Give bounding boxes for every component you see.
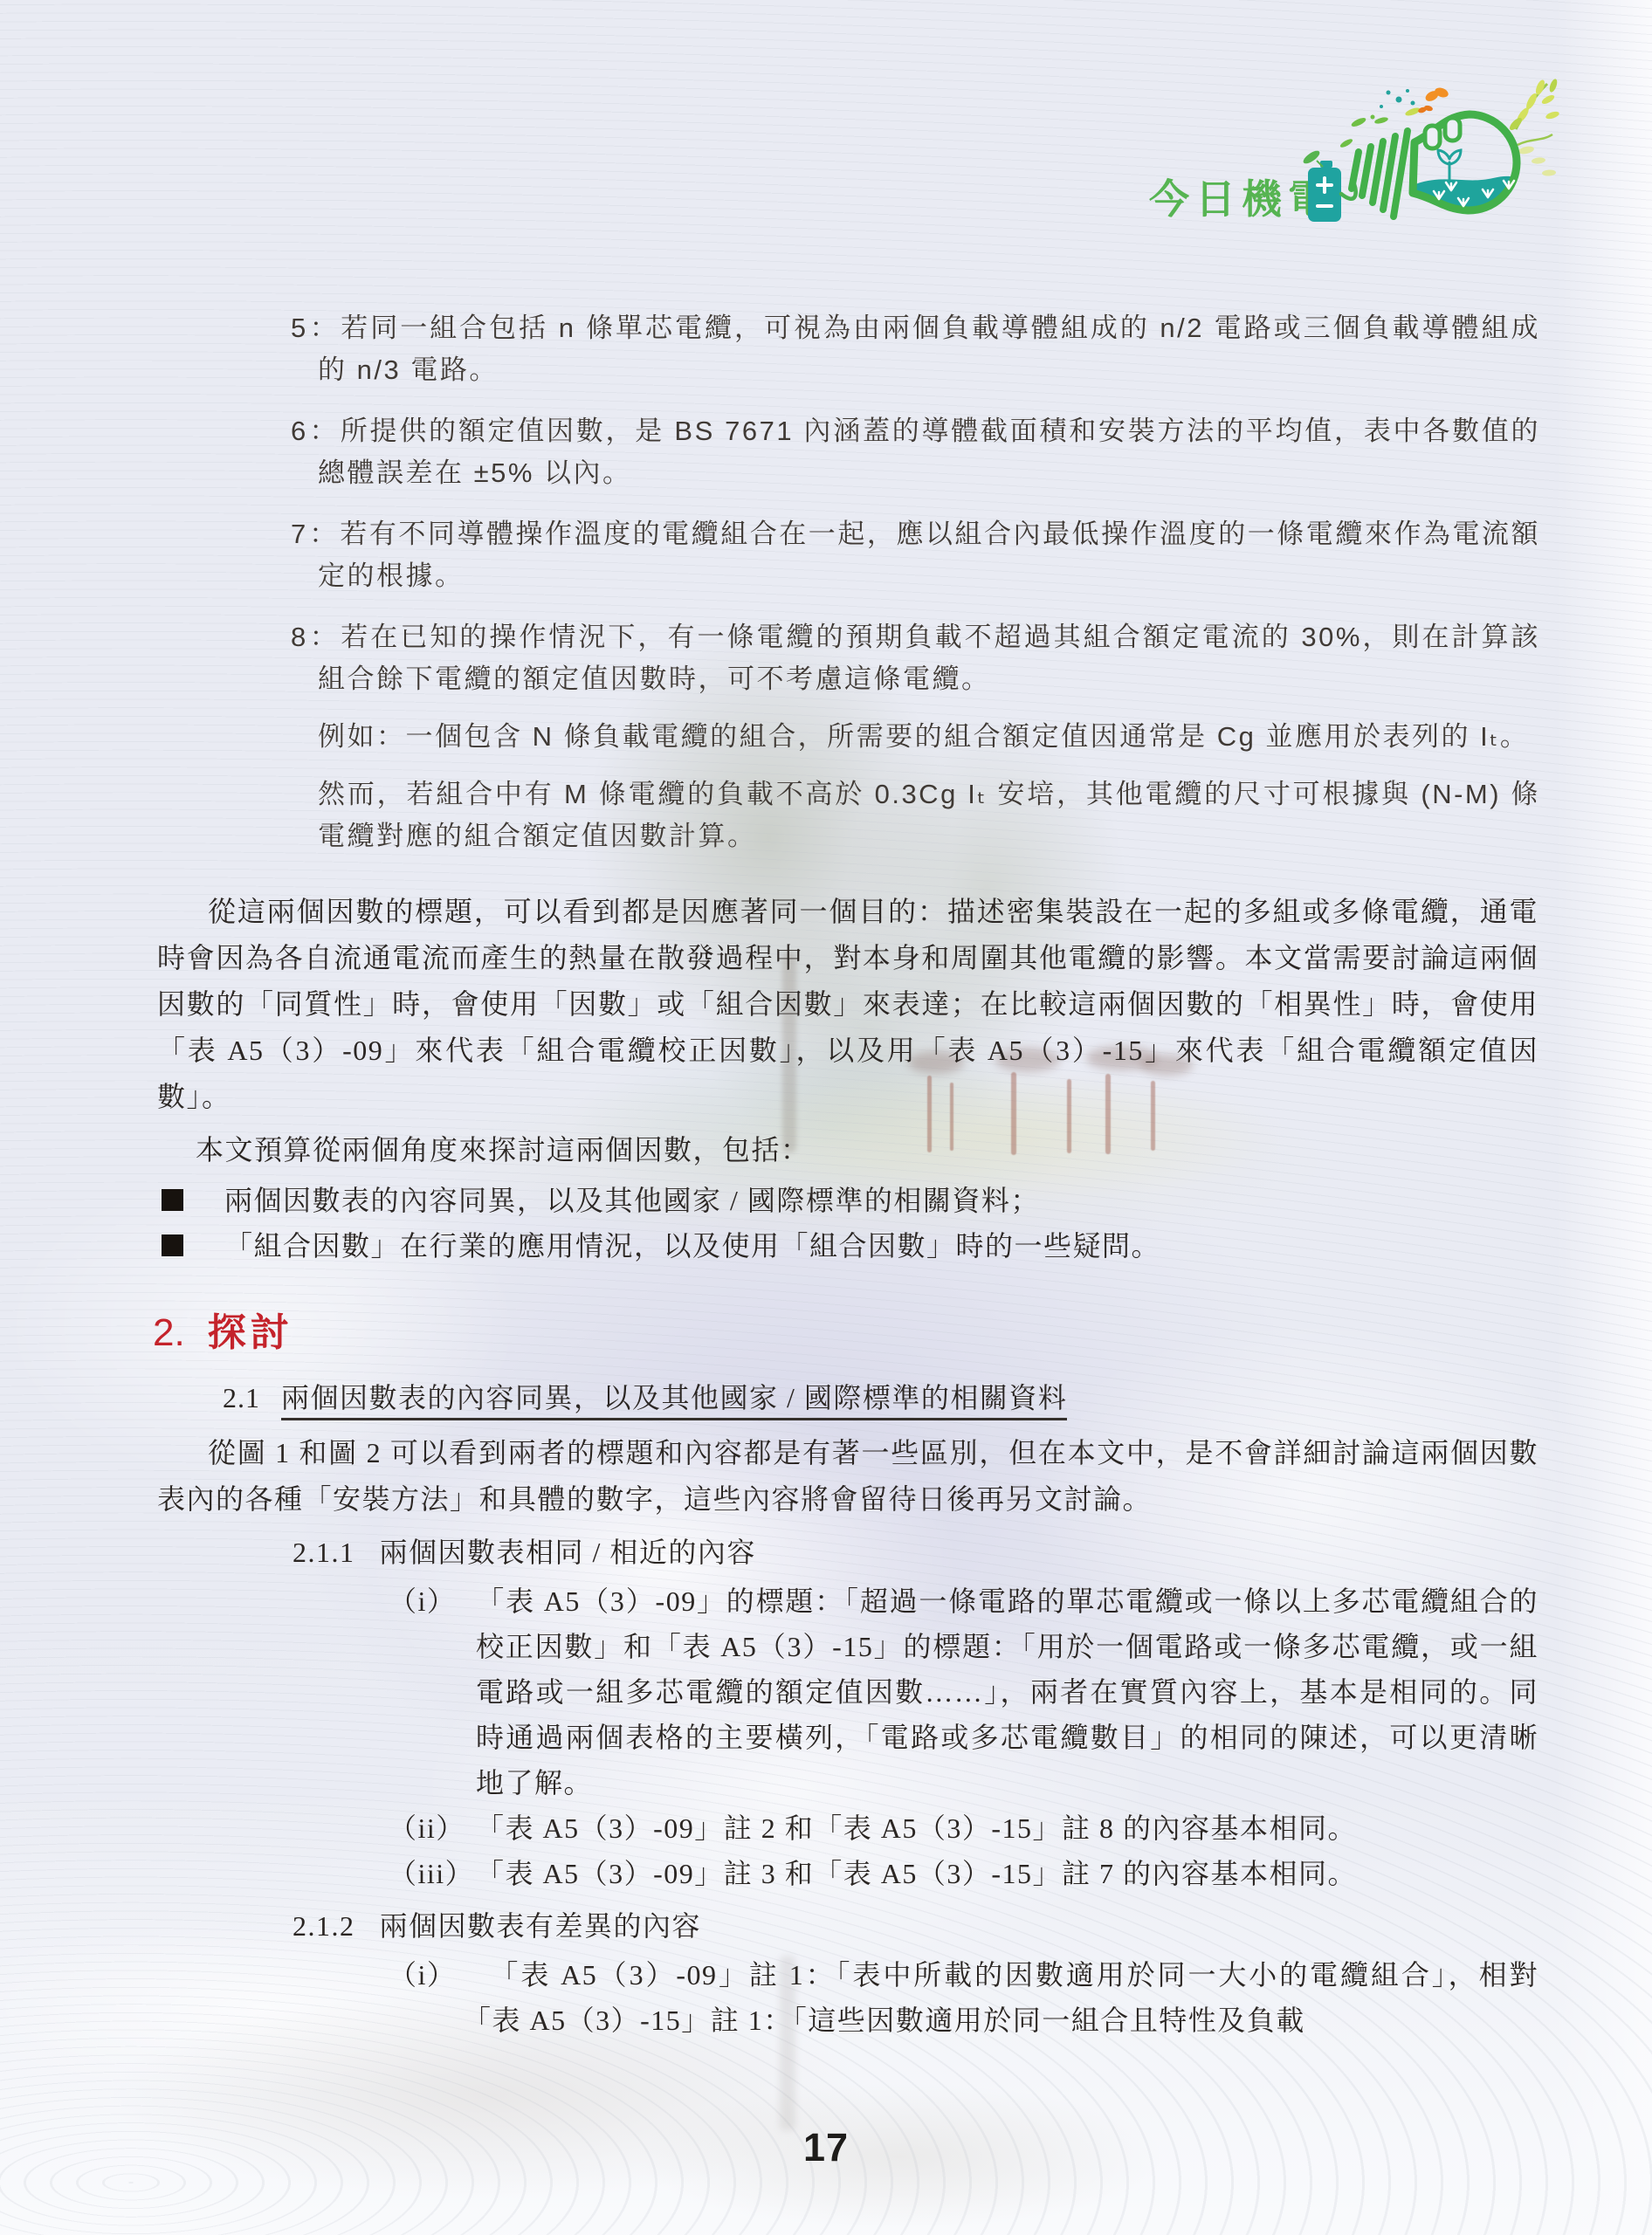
roman-list-2-1-1: （i）「表 A5（3）-09」的標題：「超過一條電路的單芯電纜或一條以上多芯電纜… [389, 1578, 1538, 1896]
roman-text: 「表 A5（3）-09」註 1：「表中所載的因數適用於同一大小的電纜組合」，相對… [463, 1959, 1538, 2036]
note-text: 若在已知的操作情況下，有一條電纜的預期負載不超過其組合額定電流的 30%，則在計… [318, 622, 1540, 694]
section-title: 兩個因數表相同 / 相近的內容 [380, 1537, 756, 1568]
page-number: 17 [803, 2125, 849, 2170]
bullet-list: 兩個因數表的內容同異，以及其他國家 / 國際標準的相關資料； 「組合因數」在行業… [162, 1179, 1538, 1268]
note-number: 8： [291, 622, 341, 652]
note-example-paragraph: 然而，若組合中有 M 條電纜的負載不高於 0.3Cg Iₜ 安培，其他電纜的尺寸… [318, 774, 1540, 857]
roman-label: （iii） [389, 1851, 476, 1896]
section-title-underlined: 兩個因數表的內容同異，以及其他國家 / 國際標準的相關資料 [281, 1382, 1067, 1420]
roman-label: （i） [389, 1578, 476, 1624]
roman-item-i: （i）「表 A5（3）-09」的標題：「超過一條電路的單芯電纜或一條以上多芯電纜… [389, 1578, 1538, 1805]
section-2-1-heading: 2.1兩個因數表的內容同異，以及其他國家 / 國際標準的相關資料 [223, 1378, 1538, 1418]
square-bullet-icon [162, 1234, 183, 1256]
square-bullet-icon [162, 1189, 183, 1211]
body-paragraph: 從這兩個因數的標題，可以看到都是因應著同一個目的：描述密集裝設在一起的多組或多條… [157, 889, 1538, 1120]
bullet-text: 「組合因數」在行業的應用情況，以及使用「組合因數」時的一些疑問。 [224, 1230, 1160, 1262]
section-title: 探討 [208, 1311, 293, 1354]
section-2-heading: 2.探討 [153, 1301, 1538, 1357]
roman-text: 「表 A5（3）-09」註 2 和「表 A5（3）-15」註 8 的內容基本相同… [476, 1812, 1357, 1844]
note-item-8: 8：若在已知的操作情況下，有一條電纜的預期負載不超過其組合額定電流的 30%，則… [291, 616, 1540, 700]
note-item-7: 7：若有不同導體操作溫度的電纜組合在一起，應以組合內最低操作溫度的一條電纜來作為… [291, 513, 1540, 597]
note-number: 7： [291, 519, 340, 549]
section-2-1-paragraph: 從圖 1 和圖 2 可以看到兩者的標題和內容都是有著一些區別，但在本文中，是不會… [157, 1430, 1538, 1523]
page-footer: 17 [0, 2125, 1652, 2170]
magazine-page: { "header": { "brand": "今日機電" }, "notes"… [0, 0, 1652, 2235]
roman-list-2-1-2: （i）「表 A5（3）-09」註 1：「表中所載的因數適用於同一大小的電纜組合」… [389, 1952, 1538, 2043]
note-item-5: 5：若同一組合包括 n 條單芯電纜，可視為由兩個負載導體組成的 n/2 電路或三… [291, 307, 1540, 391]
note-item-6: 6：所提供的額定值因數，是 BS 7671 內涵蓋的導體截面積和安裝方法的平均值… [291, 410, 1540, 494]
note-example-paragraph: 例如：一個包含 N 條負載電纜的組合，所需要的組合額定值因通常是 Cg 並應用於… [318, 716, 1540, 758]
roman-label: （i） [389, 1952, 489, 1998]
roman-label: （ii） [389, 1805, 476, 1851]
roman-text: 「表 A5（3）-09」的標題：「超過一條電路的單芯電纜或一條以上多芯電纜組合的… [476, 1585, 1538, 1798]
section-number: 2.1 [223, 1382, 260, 1413]
section-2-1-2-heading: 2.1.2兩個因數表有差異的內容 [293, 1905, 1538, 1947]
roman-item-i: （i）「表 A5（3）-09」註 1：「表中所載的因數適用於同一大小的電纜組合」… [389, 1952, 1538, 2043]
section-number: 2.1.1 [293, 1537, 355, 1568]
section-2-1-1-heading: 2.1.1兩個因數表相同 / 相近的內容 [293, 1531, 1538, 1573]
bullet-text: 兩個因數表的內容同異，以及其他國家 / 國際標準的相關資料； [224, 1185, 1040, 1216]
roman-item-iii: （iii）「表 A5（3）-09」註 3 和「表 A5（3）-15」註 7 的內… [389, 1851, 1538, 1896]
roman-item-ii: （ii）「表 A5（3）-09」註 2 和「表 A5（3）-15」註 8 的內容… [389, 1805, 1538, 1851]
section-title: 兩個因數表有差異的內容 [380, 1910, 702, 1942]
note-number: 6： [291, 416, 341, 446]
article-body: 5：若同一組合包括 n 條單芯電纜，可視為由兩個負載導體組成的 n/2 電路或三… [0, 0, 1652, 2235]
notes-list: 5：若同一組合包括 n 條單芯電纜，可視為由兩個負載導體組成的 n/2 電路或三… [291, 307, 1540, 700]
note-text: 若有不同導體操作溫度的電纜組合在一起，應以組合內最低操作溫度的一條電纜來作為電流… [318, 519, 1540, 591]
bullet-item: 「組合因數」在行業的應用情況，以及使用「組合因數」時的一些疑問。 [162, 1224, 1538, 1268]
bullet-item: 兩個因數表的內容同異，以及其他國家 / 國際標準的相關資料； [162, 1179, 1538, 1222]
body-paragraph: 本文預算從兩個角度來探討這兩個因數，包括： [157, 1127, 1538, 1173]
section-number: 2.1.2 [293, 1910, 355, 1942]
section-number: 2. [153, 1311, 185, 1354]
note-text: 所提供的額定值因數，是 BS 7671 內涵蓋的導體截面積和安裝方法的平均值，表… [318, 416, 1540, 488]
roman-text: 「表 A5（3）-09」註 3 和「表 A5（3）-15」註 7 的內容基本相同… [476, 1858, 1357, 1889]
note-text: 若同一組合包括 n 條單芯電纜，可視為由兩個負載導體組成的 n/2 電路或三個負… [318, 313, 1540, 385]
note-number: 5： [291, 313, 341, 343]
